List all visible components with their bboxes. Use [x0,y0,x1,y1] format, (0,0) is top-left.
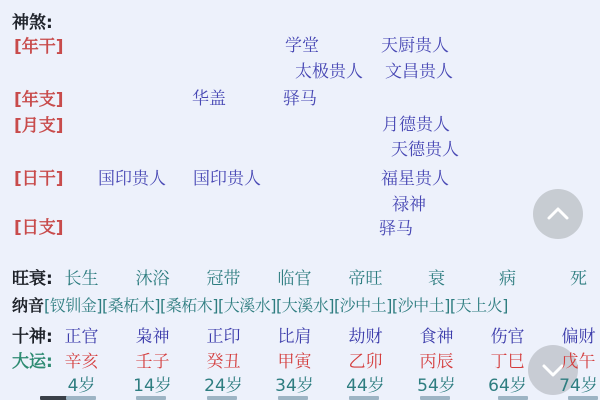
shishen-value: 食神 [401,322,472,347]
dayun-age: 74岁 [543,371,600,396]
dayun-age: 4岁 [46,371,117,396]
clipped-row-fragment [278,396,308,400]
wangshuai-value: 沐浴 [117,264,188,289]
star-guoyin-guiren-2[interactable]: 国印贵人 [193,164,261,189]
row-label-day-branch: [日支] [14,213,64,238]
shishen-value: 偏财 [543,322,600,347]
dayun-age: 24岁 [188,371,259,396]
wangshuai-value: 病 [472,264,543,289]
clipped-row-fragment [568,396,598,400]
star-wenchang-guiren[interactable]: 文昌贵人 [385,57,453,82]
star-yima-day[interactable]: 驿马 [379,214,413,239]
shishen-row: 正官 枭神 正印 比肩 劫财 食神 伤官 偏财 [46,322,600,347]
star-taiji-guiren[interactable]: 太极贵人 [295,57,363,82]
clipped-row-fragment [498,396,528,400]
shensha-section-title: 神煞: [12,8,53,33]
star-lushen[interactable]: 禄神 [392,190,426,215]
star-xuetang[interactable]: 学堂 [285,31,319,56]
row-label-month-branch: [月支] [14,111,64,136]
shishen-value: 劫财 [330,322,401,347]
wangshuai-value: 冠带 [188,264,259,289]
dayun-row: 辛亥 壬子 癸丑 甲寅 乙卯 丙辰 丁巳 戊午 [46,347,600,372]
dayun-age: 14岁 [117,371,188,396]
wangshuai-value: 临官 [259,264,330,289]
clipped-row-fragment [207,396,237,400]
row-label-year-stem: [年干] [14,32,64,57]
nayin-values: [钗钏金][桑柘木][桑柘木][大溪水][大溪水][沙中土][沙中土][天上火] [44,296,508,315]
wangshuai-value: 死 [543,264,600,289]
shishen-value: 伤官 [472,322,543,347]
scroll-up-button[interactable] [533,189,583,239]
dayun-age: 44岁 [330,371,401,396]
dayun-age: 34岁 [259,371,330,396]
wangshuai-value: 帝旺 [330,264,401,289]
star-fuxing-guiren[interactable]: 福星贵人 [381,164,449,189]
dayun-age: 64岁 [472,371,543,396]
shishen-value: 枭神 [117,322,188,347]
bazi-shensha-screen: 神煞: [年干] 学堂 天厨贵人 太极贵人 文昌贵人 [年支] 华盖 驿马 [月… [0,0,600,400]
wangshuai-value: 衰 [401,264,472,289]
star-guoyin-guiren-1[interactable]: 国印贵人 [98,164,166,189]
shishen-value: 正印 [188,322,259,347]
shishen-value: 正官 [46,322,117,347]
clipped-row-fragment [66,396,96,400]
clipped-row-fragment [420,396,450,400]
wangshuai-value: 长生 [46,264,117,289]
clipped-row-fragment [136,396,166,400]
row-label-day-stem: [日干] [14,164,64,189]
dayun-pillar[interactable]: 壬子 [117,347,188,372]
star-yima-year[interactable]: 驿马 [283,84,317,109]
shishen-value: 比肩 [259,322,330,347]
dayun-pillar[interactable]: 乙卯 [330,347,401,372]
dayun-ages-row: 4岁 14岁 24岁 34岁 44岁 54岁 64岁 74岁 [46,371,600,396]
clipped-row-fragment [349,396,379,400]
dayun-pillar[interactable]: 辛亥 [46,347,117,372]
nayin-row: 纳音[钗钏金][桑柘木][桑柘木][大溪水][大溪水][沙中土][沙中土][天上… [12,293,508,316]
star-tiande-guiren[interactable]: 天德贵人 [391,135,459,160]
dayun-pillar[interactable]: 癸丑 [188,347,259,372]
nayin-row-label: 纳音 [12,296,44,315]
wangshuai-row: 长生 沐浴 冠带 临官 帝旺 衰 病 死 [46,264,600,289]
dayun-pillar[interactable]: 丙辰 [401,347,472,372]
dayun-age: 54岁 [401,371,472,396]
dayun-pillar[interactable]: 丁巳 [472,347,543,372]
dayun-pillar[interactable]: 戊午 [543,347,600,372]
star-huagai[interactable]: 华盖 [192,84,226,109]
star-tianchu-guiren[interactable]: 天厨贵人 [381,31,449,56]
dayun-pillar[interactable]: 甲寅 [259,347,330,372]
star-yuede-guiren[interactable]: 月德贵人 [382,110,450,135]
row-label-year-branch: [年支] [14,85,64,110]
